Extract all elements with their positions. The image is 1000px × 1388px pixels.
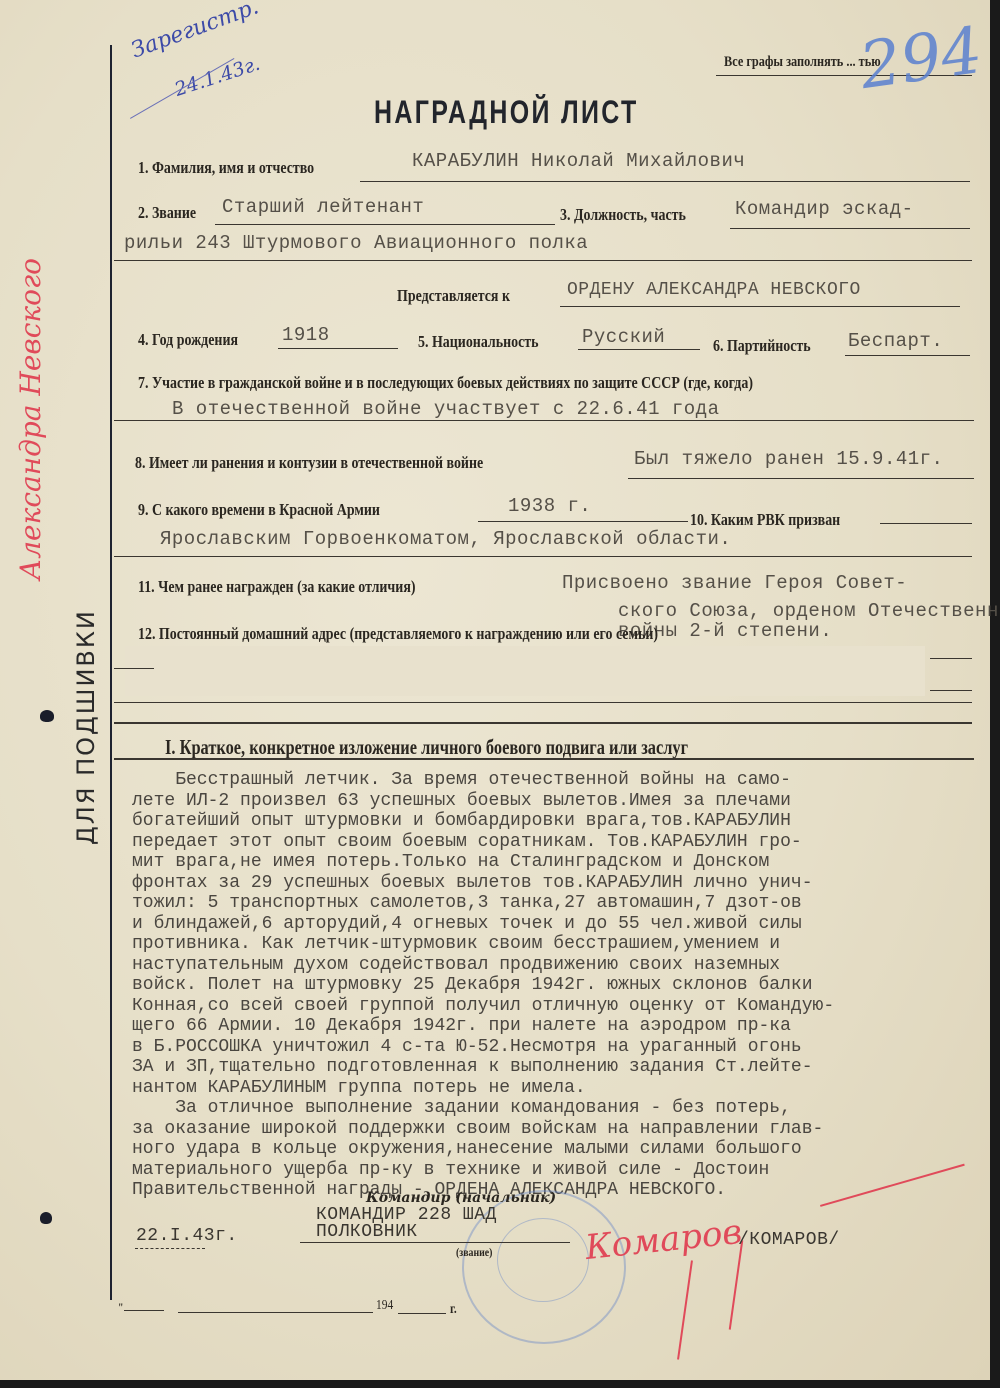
merit-line: нантом КАРАБУЛИНЫМ группа потерь не имел…	[132, 1078, 834, 1099]
binding-rule	[110, 45, 112, 1300]
field-2-value: Старший лейтенант	[222, 196, 424, 218]
merit-line: тожил: 5 транспортных самолетов,3 танка,…	[132, 893, 834, 914]
field-12-label: 12. Постоянный домашний адрес (представл…	[138, 624, 658, 644]
field-5-value: Русский	[582, 326, 665, 348]
field-3-value: Командир эскад-	[735, 198, 914, 220]
redacted-address	[125, 646, 925, 696]
signature-date: 22.I.43г.	[136, 1226, 238, 1246]
commander-rank: ПОЛКОВНИК	[316, 1222, 418, 1242]
rank-caption: (звание)	[456, 1245, 492, 1260]
merit-line: фронтах за 29 успешных боевых вылетов то…	[132, 873, 834, 894]
field-4-label: 4. Год рождения	[138, 330, 238, 350]
field-8-label: 8. Имеет ли ранения и контузии в отечест…	[135, 453, 483, 473]
field-11-value-1: Присвоено звание Героя Совет-	[562, 572, 907, 594]
commander-caption: Командир (начальник)	[366, 1190, 556, 1206]
field-1-label: 1. Фамилия, имя и отчество	[138, 158, 314, 178]
field-4-value: 1918	[282, 324, 330, 346]
top-instruction: Все графы заполнять ... тью	[724, 54, 881, 71]
field-3-value-cont: рильи 243 Штурмового Авиационного полка	[124, 232, 588, 254]
field-8-value: Был тяжело ранен 15.9.41г.	[634, 448, 943, 470]
merit-line: ного удара в кольце окружения,нанесение …	[132, 1139, 834, 1160]
merit-line: ЗА и ЗП,тщательно подготовленная к выпол…	[132, 1057, 834, 1078]
merit-line: наступательным духом содействовал продви…	[132, 955, 834, 976]
merit-line: Конная,со всей своей группой получил отл…	[132, 996, 834, 1017]
bottom-year: 194	[376, 1298, 393, 1314]
merit-line: За отличное выполнение задании командова…	[132, 1098, 834, 1119]
merit-line: войск. Полет на штурмовку 25 Декабря 194…	[132, 975, 834, 996]
merit-line: мит врага,не имея потерь.Только на Стали…	[132, 852, 834, 873]
nominated-label: Представляется к	[397, 286, 510, 306]
merit-line: и блиндажей,6 арторудий,4 огневых точек …	[132, 914, 834, 935]
section-heading: I. Краткое, конкретное изложение личного…	[165, 735, 688, 760]
merit-line: Бесстрашный летчик. За время отечественн…	[132, 770, 834, 791]
merit-line: за оказание широкой поддержки своим войс…	[132, 1119, 834, 1140]
punch-hole-bottom	[40, 1212, 52, 1224]
field-11-label: 11. Чем ранее награжден (за какие отличи…	[138, 577, 416, 597]
field-6-label: 6. Партийность	[713, 336, 811, 356]
award-sheet-page: Александра Невского ДЛЯ ПОДШИВКИ Зарегис…	[0, 0, 990, 1380]
field-1-value: КАРАБУЛИН Николай Михайлович	[412, 150, 745, 172]
field-10-label: 10. Каким РВК призван	[690, 510, 840, 530]
field-9-value: 1938 г.	[508, 495, 591, 517]
merit-line: материального ущерба пр-ку в технике и ж…	[132, 1160, 834, 1181]
field-11-value-2: ского Союза, орденом Отечественной	[618, 600, 1000, 622]
page-title: НАГРАДНОЙ ЛИСТ	[374, 94, 639, 131]
field-7-label: 7. Участие в гражданской войне и в после…	[138, 373, 753, 393]
typed-signer-name: /КОМАРОВ/	[738, 1230, 840, 1250]
field-7-value: В отечественной войне участвует с 22.6.4…	[172, 398, 720, 420]
field-6-value: Беспарт.	[848, 330, 943, 352]
side-red-annotation: Александра Невского	[14, 258, 47, 580]
merit-line: противника. Как летчик-штурмовик своим б…	[132, 934, 834, 955]
punch-hole-top	[40, 710, 54, 722]
registration-note: Зарегистр.	[128, 0, 262, 63]
field-2-label: 2. Звание	[138, 203, 196, 223]
merit-line: лете ИЛ-2 произвел 63 успешных боевых вы…	[132, 791, 834, 812]
bottom-date-prefix: "	[118, 1300, 123, 1315]
nominated-value: ОРДЕНУ АЛЕКСАНДРА НЕВСКОГО	[567, 280, 861, 300]
field-9-label: 9. С какого времени в Красной Армии	[138, 500, 380, 520]
binding-label: ДЛЯ ПОДШИВКИ	[72, 609, 100, 845]
merit-line: богатейший опыт штурмовки и бомбардировк…	[132, 811, 834, 832]
merit-line: щего 66 Армии. 10 Декабря 1942г. при нал…	[132, 1016, 834, 1037]
registration-date: 24.1.43г.	[172, 53, 263, 101]
merit-description: Бесстрашный летчик. За время отечественн…	[132, 770, 834, 1201]
merit-line: в Б.РОССОШКА уничтожил 4 с-та Ю-52.Несмо…	[132, 1037, 834, 1058]
official-stamp-inner	[497, 1218, 589, 1302]
field-3-label: 3. Должность, часть	[560, 205, 686, 225]
blue-registry-number: 294	[855, 14, 986, 104]
bottom-year-suffix: г.	[450, 1302, 457, 1318]
field-5-label: 5. Национальность	[418, 332, 539, 352]
merit-line: передает этот опыт своим боевым соратник…	[132, 832, 834, 853]
field-10-value: Ярославским Горвоенкоматом, Ярославской …	[160, 528, 731, 550]
